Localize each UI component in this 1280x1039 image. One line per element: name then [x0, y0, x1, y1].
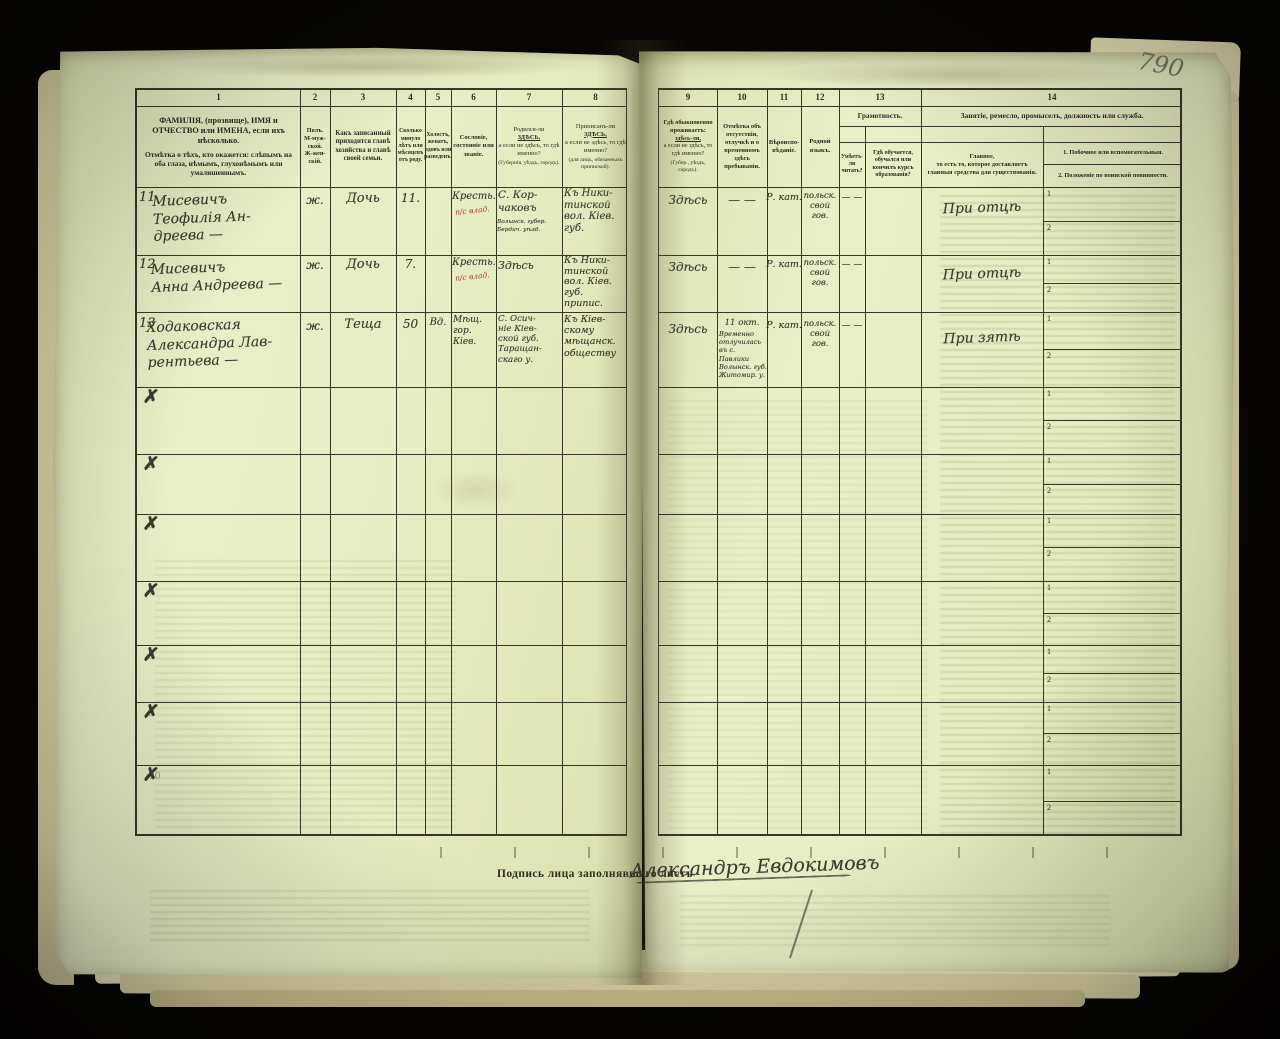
- header-born-note: (Губернія, уѣздъ, городъ).: [498, 160, 559, 167]
- sub-row-label-2: 2: [1047, 422, 1051, 431]
- header-born-pre: Родился-ли: [514, 126, 545, 134]
- header-sub-b: [1043, 126, 1183, 142]
- marital-entry: Вд.: [425, 317, 451, 330]
- header-language: Родной языкъ.: [801, 106, 839, 187]
- header-born-emph: ЗДѢСЬ,: [518, 134, 541, 142]
- x-mark-icon: ✗: [142, 452, 160, 477]
- relation-entry: Дочь: [330, 257, 396, 273]
- absence-note: Временно отлучилась въ с. Павлики Волынс…: [719, 330, 767, 379]
- person-name: Ходаковская Александра Лав- рентьева —: [146, 314, 323, 373]
- header-registered-emph: ЗДѢСЬ,: [584, 131, 607, 139]
- header-resides-rest: а если не здѣсь, то гдѣ именно?: [661, 142, 715, 158]
- column-number: 8: [562, 92, 629, 102]
- column-number: 5: [425, 92, 451, 102]
- header-born-rest: а если не здѣсь, то гдѣ именно?: [498, 142, 560, 158]
- resides-entry: Здѣсь: [659, 193, 717, 208]
- sub-row-label-1: 1: [1047, 647, 1051, 656]
- crossed-row-mark: 6 ✗: [143, 516, 167, 540]
- registered-entry: Къ Ники- тинской вол. Кіев. губ.: [564, 188, 630, 234]
- header-estate: Сословіе, состояніе или званіе.: [451, 106, 496, 187]
- header-occupation-b2: 2. Положеніе по воинской повинности.: [1043, 164, 1183, 187]
- absence-entry: — —: [717, 260, 767, 275]
- sub-row-label-2: 2: [1047, 285, 1051, 294]
- estate-entry: Кресть.: [449, 257, 499, 270]
- header-resides: Гдѣ обыкновенно проживаетъ: здѣсь-ли, а …: [659, 106, 717, 187]
- header-resides-note: (Губер., уѣздъ, городъ).: [661, 160, 715, 174]
- sub-row-label-1: 1: [1047, 704, 1051, 713]
- religion-entry: Р. кат.: [765, 192, 803, 204]
- header-absence: Отмѣтка объ отсутствіи, отлучкѣ и о врем…: [717, 106, 767, 187]
- column-number: 9: [659, 92, 717, 102]
- sub-row-label-1: 1: [1047, 189, 1051, 198]
- header-literacy-a: Умѣетъ- ли читать?: [839, 142, 865, 187]
- sub-row-label-1: 1: [1047, 583, 1051, 592]
- religion-entry: Р. кат.: [765, 320, 803, 332]
- sub-row-label-2: 2: [1047, 351, 1051, 360]
- x-mark-icon: ✗: [142, 385, 160, 410]
- header-occupation-group: Занятіе, ремесло, промыселъ, должность и…: [921, 106, 1183, 126]
- header-name-main: ФАМИЛІЯ, (прозвище), ИМЯ и ОТЧЕСТВО или …: [139, 116, 298, 147]
- occupation-entry: При зятѣ: [921, 328, 1044, 350]
- x-mark-icon: ✗: [142, 643, 160, 668]
- column-number: 4: [396, 92, 425, 102]
- column-number: 2: [300, 92, 330, 102]
- header-marital: Холостъ, женатъ, вдовъ или разведенъ.: [425, 106, 451, 187]
- sub-row-label-2: 2: [1047, 549, 1051, 558]
- header-resides-pre: Гдѣ обыкновенно проживаетъ:: [661, 119, 715, 135]
- header-occupation-b1: 1. Побочное или вспомогательныя.: [1043, 142, 1183, 164]
- column-number: 1: [137, 92, 300, 102]
- resides-entry: Здѣсь: [659, 322, 717, 337]
- absence-entry: 11 окт.: [717, 318, 767, 329]
- birthplace-note: Волынск. губер. Бердич. уѣзд.: [497, 219, 563, 234]
- crossed-row-mark: 5 ✗: [143, 456, 167, 480]
- sex-entry: ж.: [300, 193, 330, 208]
- age-entry: 11.: [396, 191, 425, 206]
- x-mark-icon: ✗: [142, 579, 160, 604]
- sex-entry: ж.: [300, 258, 330, 273]
- column-number: 14: [921, 92, 1183, 102]
- photo-of-open-census-book: { "photo": { "page_number_annotation": "…: [0, 0, 1280, 1039]
- header-religion: Вѣроиспо- вѣданіе.: [767, 106, 801, 187]
- sub-row-label-1: 1: [1047, 314, 1051, 323]
- sub-row-label-1: 1: [1047, 516, 1051, 525]
- birthplace-entry: С. Осич- ніе Кіев- ской губ. Таращан- ск…: [498, 314, 562, 365]
- sub-row-label-2: 2: [1047, 803, 1051, 812]
- birthplace-entry: С. Кор- чаковъ: [498, 189, 562, 215]
- relation-entry: Теща: [330, 317, 396, 333]
- resides-entry: Здѣсь: [659, 260, 717, 275]
- registered-entry: Къ Кіев- скому мѣщанск. обществу: [564, 314, 630, 359]
- sub-row-label-2: 2: [1047, 223, 1051, 232]
- header-sub-a: [839, 126, 865, 142]
- header-literacy-b: Гдѣ обучается, обучался или кончилъ курс…: [865, 142, 921, 187]
- relation-entry: Дочь: [330, 191, 396, 207]
- age-entry: 50: [396, 317, 425, 332]
- census-table-left-half: 1 2 3 4 5 6 7 8 ФАМИЛІЯ, (прозвище), ИМЯ…: [135, 88, 627, 836]
- header-age: Сколько минуло лѣтъ или мѣсяцевъ отъ род…: [396, 106, 425, 187]
- header-relation: Какъ записанный приходится главѣ хозяйст…: [330, 106, 396, 187]
- column-number: 13: [839, 92, 921, 102]
- header-sex: Полъ. М-муж- ской. Ж-жен- скій.: [300, 106, 330, 187]
- header-born: Родился-ли ЗДѢСЬ, а если не здѣсь, то гд…: [496, 106, 562, 187]
- header-registered: Приписанъ-ли ЗДѢСЬ, а если не здѣсь, то …: [562, 106, 629, 187]
- estate-red-note: п/с влад.: [455, 270, 490, 283]
- x-mark-icon: ✗: [142, 763, 160, 788]
- header-registered-note: (для лицъ, обязанныхъ припиской).: [564, 157, 627, 171]
- column-number: 3: [330, 92, 396, 102]
- language-entry: польск. свой гов.: [801, 318, 839, 348]
- sub-row-label-1: 1: [1047, 257, 1051, 266]
- sub-row-label-2: 2: [1047, 675, 1051, 684]
- column-number: 7: [496, 92, 562, 102]
- header-literacy-group: Грамотность.: [839, 106, 921, 126]
- census-table-right-half: 9 10 11 12 13 14 Гдѣ обыкновенно прожива…: [658, 88, 1182, 836]
- registered-entry: Къ Ники- тинской вол. Кіев. губ. припис.: [564, 256, 630, 309]
- birthplace-entry: Здѣсь: [498, 259, 562, 273]
- column-number: 6: [451, 92, 496, 102]
- sub-row-label-2: 2: [1047, 615, 1051, 624]
- person-name: Мисевичъ Теофилія Ан- дреева —: [152, 188, 319, 246]
- sub-row-label-1: 1: [1047, 456, 1051, 465]
- sub-row-label-2: 2: [1047, 735, 1051, 744]
- language-entry: польск. свой гов.: [801, 190, 839, 220]
- crossed-row-mark: 9 ✗: [143, 704, 167, 728]
- literacy-entry: — —: [839, 321, 865, 332]
- header-sub-a: [921, 126, 1043, 142]
- header-registered-pre: Приписанъ-ли: [576, 123, 615, 131]
- crossed-row-mark: 4 ✗: [143, 389, 167, 413]
- sub-row-label-1: 1: [1047, 389, 1051, 398]
- header-name: ФАМИЛІЯ, (прозвище), ИМЯ и ОТЧЕСТВО или …: [137, 106, 300, 187]
- language-entry: польск. свой гов.: [801, 257, 839, 287]
- x-mark-icon: ✗: [142, 512, 160, 537]
- page-stack-bottom-3: [150, 990, 1085, 1007]
- header-occupation-a: Главное, то есть то, которое доставляетъ…: [921, 142, 1043, 187]
- literacy-entry: — —: [839, 260, 865, 271]
- header-sub-b: [865, 126, 921, 142]
- absence-entry: — —: [717, 193, 767, 208]
- sex-entry: ж.: [300, 319, 330, 334]
- sub-row-label-1: 1: [1047, 767, 1051, 776]
- crossed-row-mark: 10 ✗: [143, 767, 167, 791]
- header-resides-emph: здѣсь-ли,: [675, 135, 701, 143]
- occupation-entry: При отцѣ: [921, 198, 1044, 220]
- crossed-row-mark: 8 ✗: [143, 647, 167, 671]
- header-registered-rest: а если не здѣсь, то гдѣ именно?: [564, 139, 627, 155]
- estate-red-note: п/с влад.: [455, 204, 490, 217]
- literacy-entry: — —: [839, 193, 865, 204]
- column-number: 12: [801, 92, 839, 102]
- x-mark-icon: ✗: [142, 700, 160, 725]
- person-name: Мисевичъ Анна Андреева —: [150, 256, 321, 297]
- estate-entry: Кресть.: [449, 191, 499, 204]
- crossed-row-mark: 7 ✗: [143, 583, 167, 607]
- sub-row-label-2: 2: [1047, 486, 1051, 495]
- religion-entry: Р. кат.: [765, 259, 803, 271]
- column-number: 10: [717, 92, 767, 102]
- age-entry: 7.: [396, 257, 425, 272]
- column-number: 11: [767, 92, 801, 102]
- header-name-note: Отмѣтка о тѣхъ, кто окажется: слѣпымъ на…: [139, 150, 298, 178]
- occupation-entry: При отцѣ: [921, 264, 1044, 286]
- estate-entry: Мѣщ. гор. Кіев.: [453, 315, 496, 347]
